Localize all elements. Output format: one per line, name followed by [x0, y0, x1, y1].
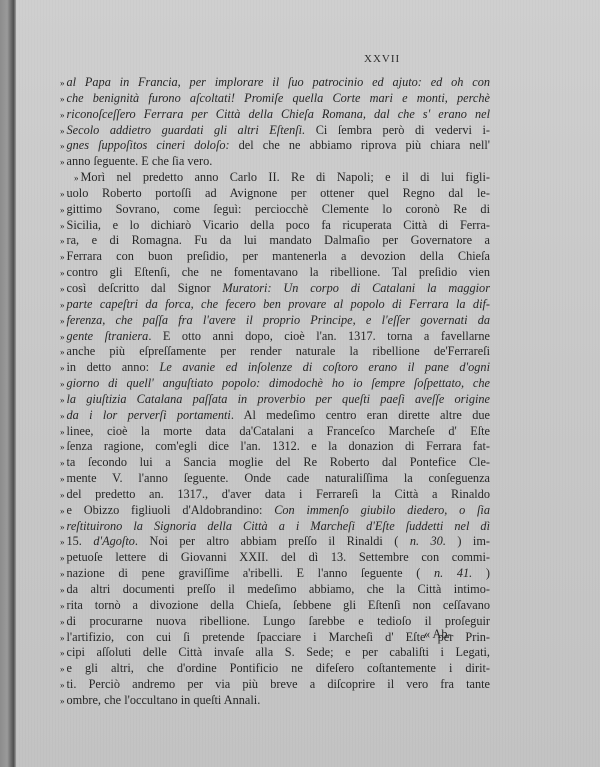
roman-text: Morì nel predetto anno Carlo II. Re di N…: [81, 170, 491, 184]
roman-text: ſenza ragione, com'egli dice l'an. 1312.…: [67, 439, 491, 453]
quotation-mark: »: [60, 221, 65, 231]
text-line: »ombre, che l'occultano in queſti Annali…: [60, 693, 490, 709]
text-line: »e gli altri, che d'ordine Pontificio ne…: [60, 661, 490, 677]
italic-quote-text: Le avanie ed inſolenze di coſtoro erano …: [160, 360, 490, 374]
page-number: XXVII: [364, 53, 400, 65]
text-line: »contro gli Eſtenſi, che ne fomentavano …: [60, 265, 490, 281]
italic-quote-text: reſtituirono la Signoria della Città a i…: [67, 519, 491, 533]
quotation-mark: »: [60, 633, 65, 643]
quotation-mark: »: [60, 506, 65, 516]
quotation-mark: »: [60, 458, 65, 468]
text-line: »così deſcritto dal Signor Muratori: Un …: [60, 281, 490, 297]
quotation-mark: »: [60, 316, 65, 326]
quotation-mark: »: [60, 347, 65, 357]
italic-quote-text: al Papa in Francia, per implorare il ſuo…: [67, 75, 491, 89]
quotation-mark: »: [60, 78, 65, 88]
quotation-mark: »: [60, 427, 65, 437]
text-line: »15. d'Agoſto. Noi per altro abbiam preſ…: [60, 534, 490, 550]
text-line: »uolo Roberto portoſſi ad Avignone per o…: [60, 186, 490, 202]
text-line: »ferenza, che paſſa fra l'avere il propr…: [60, 313, 490, 329]
text-line: »anno ſeguente. E che ſia vero.: [60, 154, 490, 170]
roman-text: e Obizzo figliuoli d'Aldobrandino:: [67, 503, 275, 517]
text-line: »rita tornò a divozione della Chieſa, ſe…: [60, 598, 490, 614]
italic-quote-text: ferenza, che paſſa fra l'avere il propri…: [67, 313, 491, 327]
roman-text: . Al medeſimo centro eran dirette altre …: [231, 408, 490, 422]
roman-text: nazione di pene graviſſime a'ribelli. E …: [67, 566, 434, 580]
quotation-mark: »: [60, 553, 65, 563]
text-line: »cipi aſſoluti delle Città invaſe alla S…: [60, 645, 490, 661]
text-line: »ſenza ragione, com'egli dice l'an. 1312…: [60, 439, 490, 455]
quotation-mark: »: [60, 363, 65, 373]
quotation-mark: »: [60, 411, 65, 421]
quotation-mark: »: [74, 173, 79, 183]
roman-text: Ferrara con buon preſidio, per mantenerl…: [67, 249, 491, 263]
text-line: »Secolo addietro guardati gli altri Eſte…: [60, 123, 490, 139]
catchword: « Ab-: [424, 627, 452, 642]
italic-quote-text: la giuſtizia Catalana paſſata in proverb…: [67, 392, 491, 406]
body-text: »al Papa in Francia, per implorare il ſu…: [60, 75, 490, 709]
text-line: »gnes ſuppoſitos cineri doloſo: del che …: [60, 138, 490, 154]
roman-text: e gli altri, che d'ordine Pontificio ne …: [67, 661, 491, 675]
roman-text: di procurarne nuova ribellione. Lungo ſa…: [67, 614, 491, 628]
roman-text: petuoſe lettere di Giovanni XXII. del dì…: [67, 550, 491, 564]
roman-text: ) im-: [446, 534, 490, 548]
quotation-mark: »: [60, 300, 65, 310]
quotation-mark: »: [60, 157, 65, 167]
quotation-mark: »: [60, 617, 65, 627]
roman-text: . Noi per altro abbiam preſſo il Rinaldi…: [135, 534, 410, 548]
roman-text: . E otto anni dopo, cioè l'an. 1317. tor…: [148, 329, 490, 343]
quotation-mark: »: [60, 490, 65, 500]
roman-text: Ci ſembra però di vedervi i-: [305, 123, 490, 137]
roman-text: ti. Perciò andremo per via più breve a d…: [67, 677, 491, 691]
quotation-mark: »: [60, 236, 65, 246]
text-line: »che benignità furono aſcoltati! Promiſe…: [60, 91, 490, 107]
text-line: »petuoſe lettere di Giovanni XXII. del d…: [60, 550, 490, 566]
text-line: »la giuſtizia Catalana paſſata in prover…: [60, 392, 490, 408]
roman-text: ta ſecondo lui a Sancia moglie del Re Ro…: [67, 455, 491, 469]
text-line: »al Papa in Francia, per implorare il ſu…: [60, 75, 490, 91]
text-line: »Morì nel predetto anno Carlo II. Re di …: [60, 170, 490, 186]
quotation-mark: »: [60, 205, 65, 215]
quotation-mark: »: [60, 332, 65, 342]
quotation-mark: »: [60, 696, 65, 706]
quotation-mark: »: [60, 648, 65, 658]
quotation-mark: »: [60, 395, 65, 405]
italic-quote-text: d'Agoſto: [93, 534, 135, 548]
roman-text: 15.: [67, 534, 94, 548]
text-line: »gittimo Sovrano, come ſeguì: perciocchè…: [60, 202, 490, 218]
quotation-mark: »: [60, 664, 65, 674]
text-line: »Ferrara con buon preſidio, per mantener…: [60, 249, 490, 265]
quotation-mark: »: [60, 379, 65, 389]
roman-text: da altri documenti preſſo il medeſimo ab…: [67, 582, 491, 596]
italic-quote-text: gnes ſuppoſitos cineri doloſo:: [67, 138, 230, 152]
text-line: »del predetto an. 1317., d'aver data i F…: [60, 487, 490, 503]
text-line: »da altri documenti preſſo il medeſimo a…: [60, 582, 490, 598]
roman-text: così deſcritto dal Signor: [67, 281, 223, 295]
italic-quote-text: n. 30.: [410, 534, 446, 548]
italic-quote-text: giorno di quell' anguſtiato popolo: dimo…: [67, 376, 491, 390]
quotation-mark: »: [60, 474, 65, 484]
text-line: »giorno di quell' anguſtiato popolo: dim…: [60, 376, 490, 392]
text-line: »anche più eſpreſſamente per render natu…: [60, 344, 490, 360]
text-line: »da i lor perverſi portamenti. Al medeſi…: [60, 408, 490, 424]
roman-text: cipi aſſoluti delle Città invaſe alla S.…: [67, 645, 491, 659]
quotation-mark: »: [60, 680, 65, 690]
roman-text: anche più eſpreſſamente per render natur…: [67, 344, 491, 358]
quotation-mark: »: [60, 252, 65, 262]
text-line: »mente V. l'anno ſeguente. Onde cade nat…: [60, 471, 490, 487]
roman-text: del predetto an. 1317., d'aver data i Fe…: [67, 487, 491, 501]
quotation-mark: »: [60, 569, 65, 579]
roman-text: anno ſeguente. E che ſia vero.: [67, 154, 213, 168]
text-line: »linee, cioè la morte data da'Catalani a…: [60, 424, 490, 440]
text-line: »ra, e di Romagna. Fu da lui mandato Dal…: [60, 233, 490, 249]
italic-quote-text: gente ſtraniera: [67, 329, 149, 343]
italic-quote-text: riconoſceſſero Ferrara per Città della C…: [67, 107, 491, 121]
roman-text: linee, cioè la morte data da'Catalani a …: [67, 424, 491, 438]
roman-text: uolo Roberto portoſſi ad Avignone per ot…: [67, 186, 491, 200]
italic-quote-text: Secolo addietro guardati gli altri Eſten…: [67, 123, 306, 137]
text-line: »Sicilia, e lo dichiarò Vicario della po…: [60, 218, 490, 234]
roman-text: ombre, che l'occultano in queſti Annali.: [67, 693, 261, 707]
text-line: »nazione di pene graviſſime a'ribelli. E…: [60, 566, 490, 582]
quotation-mark: »: [60, 94, 65, 104]
roman-text: Sicilia, e lo dichiarò Vicario della poc…: [67, 218, 491, 232]
italic-quote-text: parte capeſtri da forca, che fecero ben …: [67, 297, 491, 311]
italic-quote-text: n. 41.: [434, 566, 472, 580]
italic-quote-text: Muratori: Un corpo di Catalani la maggio…: [222, 281, 490, 295]
roman-text: ra, e di Romagna. Fu da lui mandato Dalm…: [67, 233, 491, 247]
roman-text: in detto anno:: [67, 360, 160, 374]
book-page: XXVII »al Papa in Francia, per implorare…: [16, 0, 600, 767]
roman-text: rita tornò a divozione della Chieſa, ſeb…: [67, 598, 491, 612]
book-binding-gutter: [0, 0, 16, 767]
roman-text: gittimo Sovrano, come ſeguì: perciocchè …: [67, 202, 491, 216]
quotation-mark: »: [60, 141, 65, 151]
quotation-mark: »: [60, 601, 65, 611]
quotation-mark: »: [60, 442, 65, 452]
text-line: »riconoſceſſero Ferrara per Città della …: [60, 107, 490, 123]
quotation-mark: »: [60, 585, 65, 595]
roman-text: ): [472, 566, 490, 580]
roman-text: del che ne abbiamo riprova più chiara ne…: [230, 138, 490, 152]
italic-quote-text: Con immenſo giubilo diedero, o ſia: [274, 503, 490, 517]
quotation-mark: »: [60, 537, 65, 547]
quotation-mark: »: [60, 126, 65, 136]
text-line: »parte capeſtri da forca, che fecero ben…: [60, 297, 490, 313]
quotation-mark: »: [60, 189, 65, 199]
quotation-mark: »: [60, 284, 65, 294]
text-line: »ti. Perciò andremo per via più breve a …: [60, 677, 490, 693]
quotation-mark: »: [60, 110, 65, 120]
text-line: »ta ſecondo lui a Sancia moglie del Re R…: [60, 455, 490, 471]
italic-quote-text: da i lor perverſi portamenti: [67, 408, 231, 422]
italic-quote-text: che benignità furono aſcoltati! Promiſe …: [67, 91, 491, 105]
roman-text: contro gli Eſtenſi, che ne fomentavano l…: [67, 265, 491, 279]
text-line: »e Obizzo figliuoli d'Aldobrandino: Con …: [60, 503, 490, 519]
text-line: »gente ſtraniera. E otto anni dopo, cioè…: [60, 329, 490, 345]
text-line: »in detto anno: Le avanie ed inſolenze d…: [60, 360, 490, 376]
quotation-mark: »: [60, 268, 65, 278]
quotation-mark: »: [60, 522, 65, 532]
roman-text: mente V. l'anno ſeguente. Onde cade natu…: [67, 471, 491, 485]
text-line: »reſtituirono la Signoria della Città a …: [60, 519, 490, 535]
